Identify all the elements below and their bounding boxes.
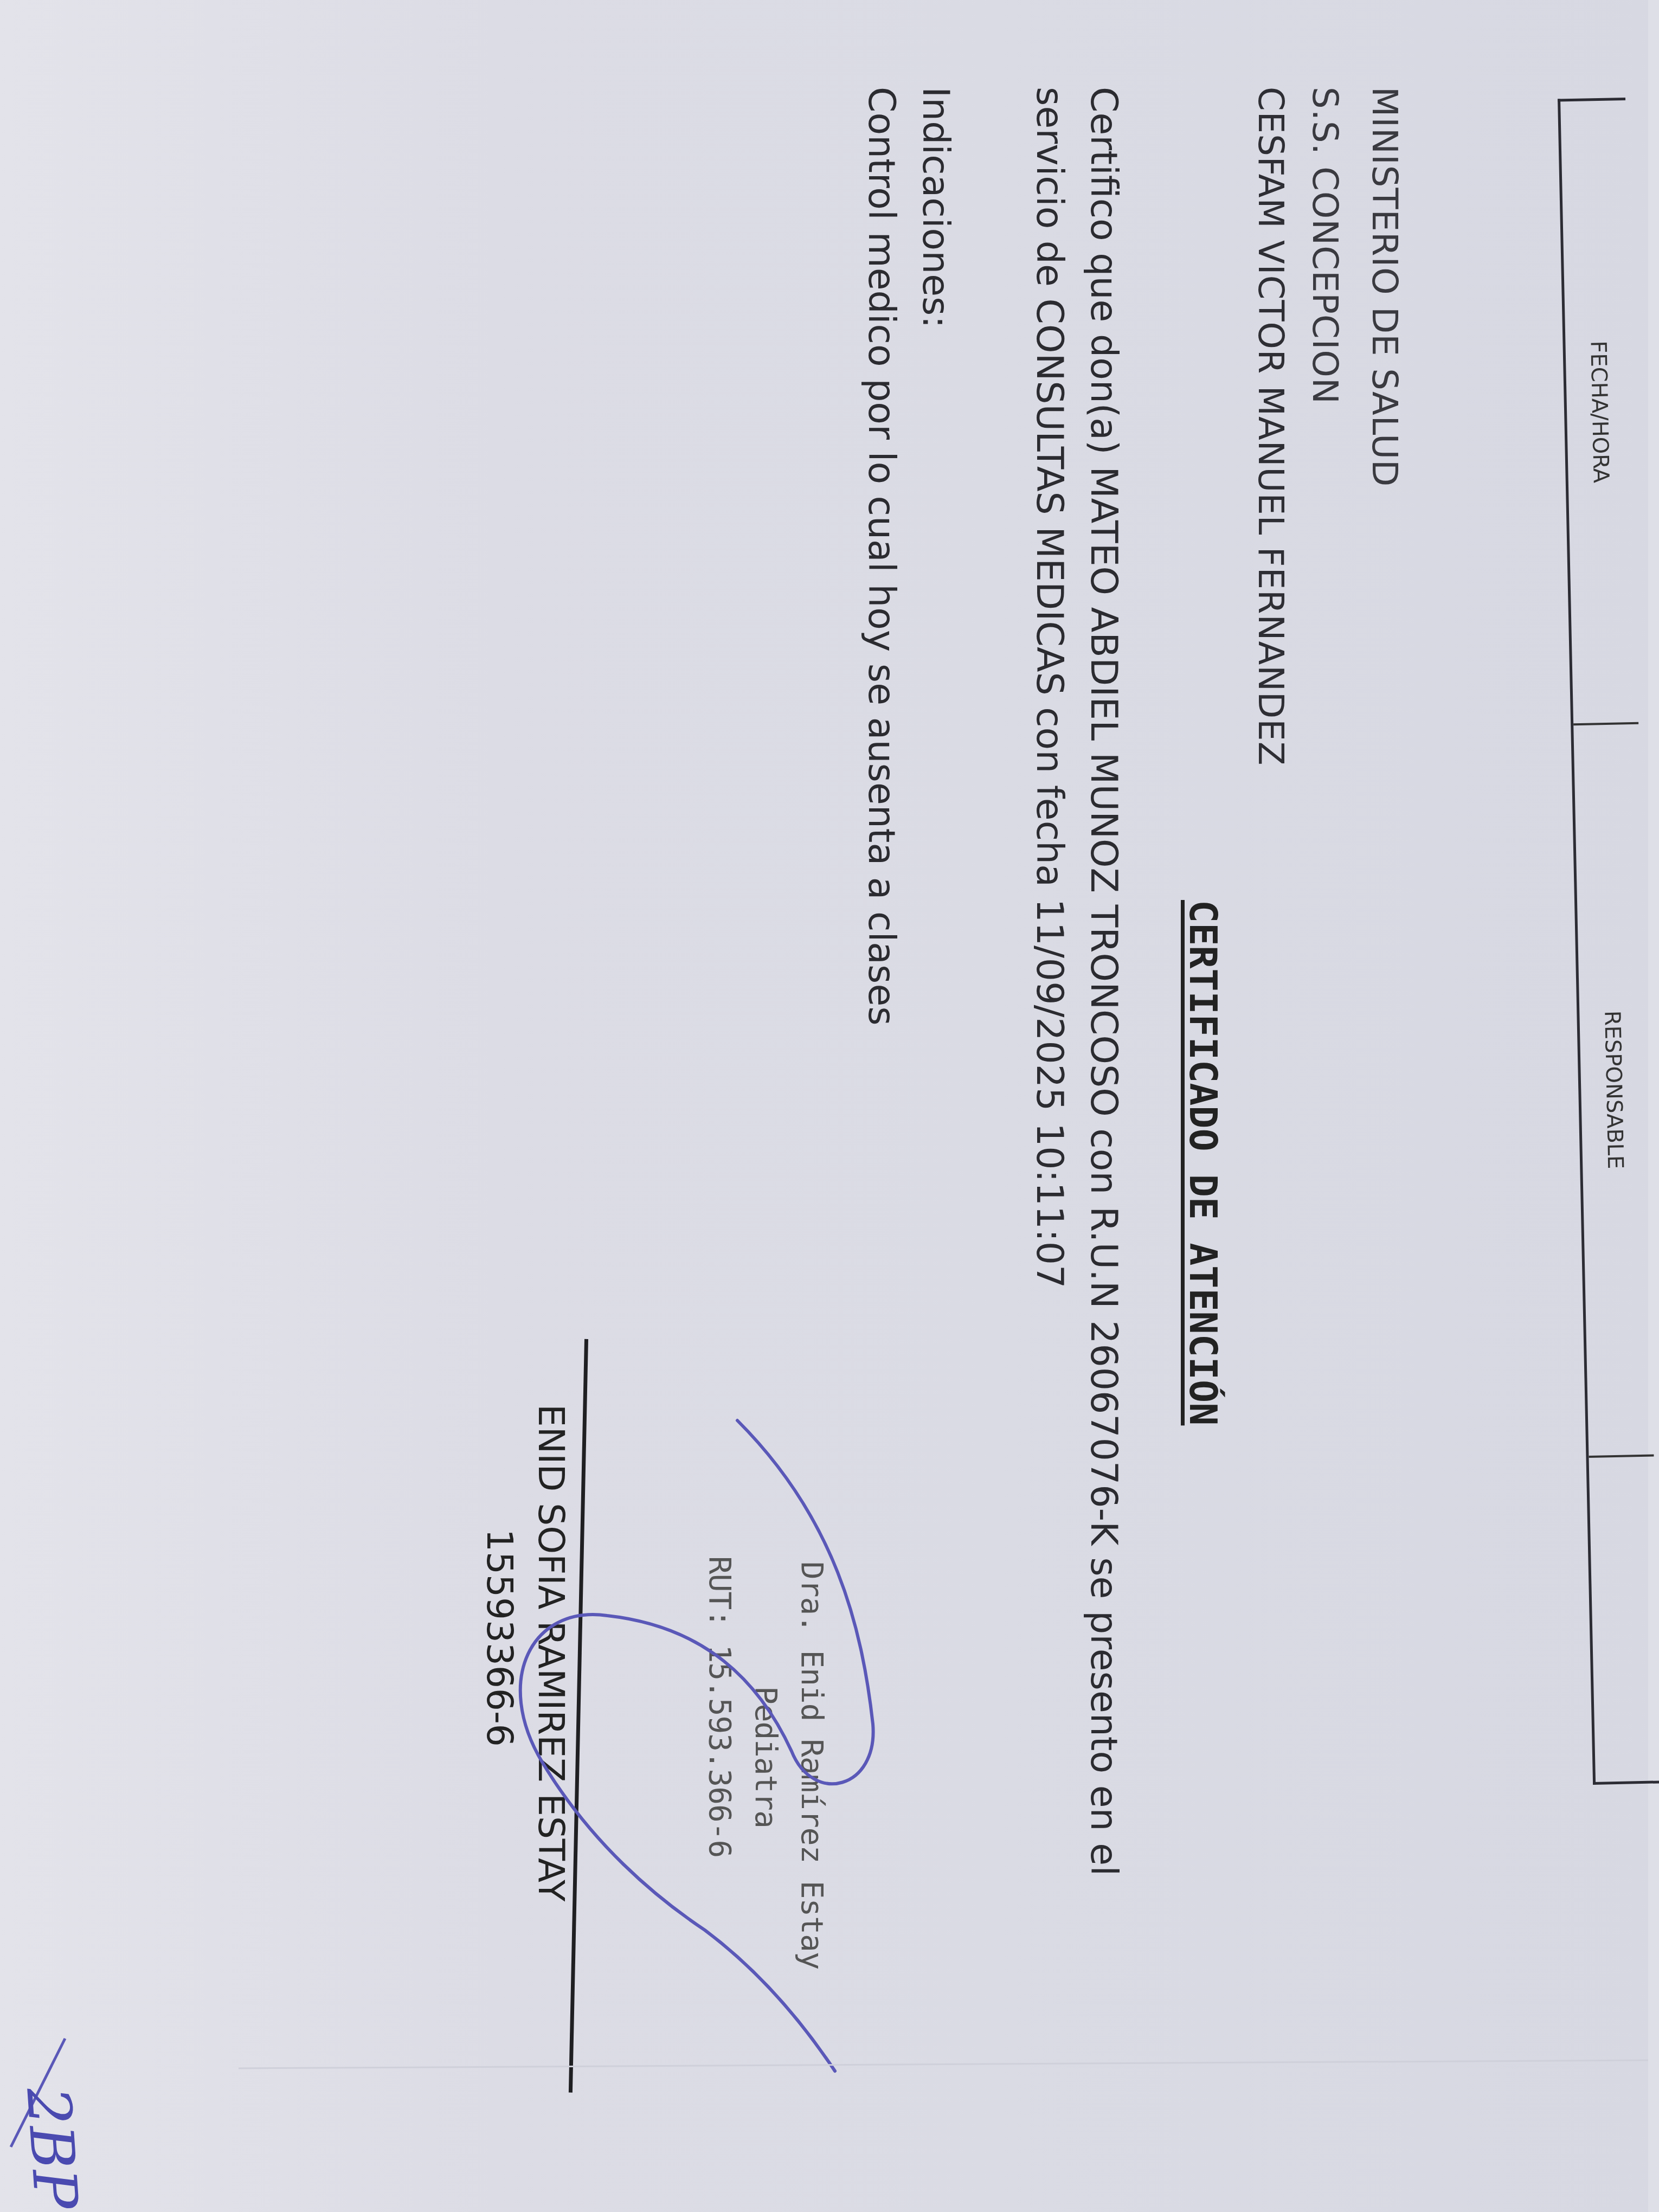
- certificate-page: FECHA/HORA RESPONSABLE MINISTERIO DE SAL…: [0, 0, 1659, 2212]
- handwritten-signature-icon: [0, 0, 1659, 2212]
- handwritten-note: 2BP: [13, 2085, 91, 2211]
